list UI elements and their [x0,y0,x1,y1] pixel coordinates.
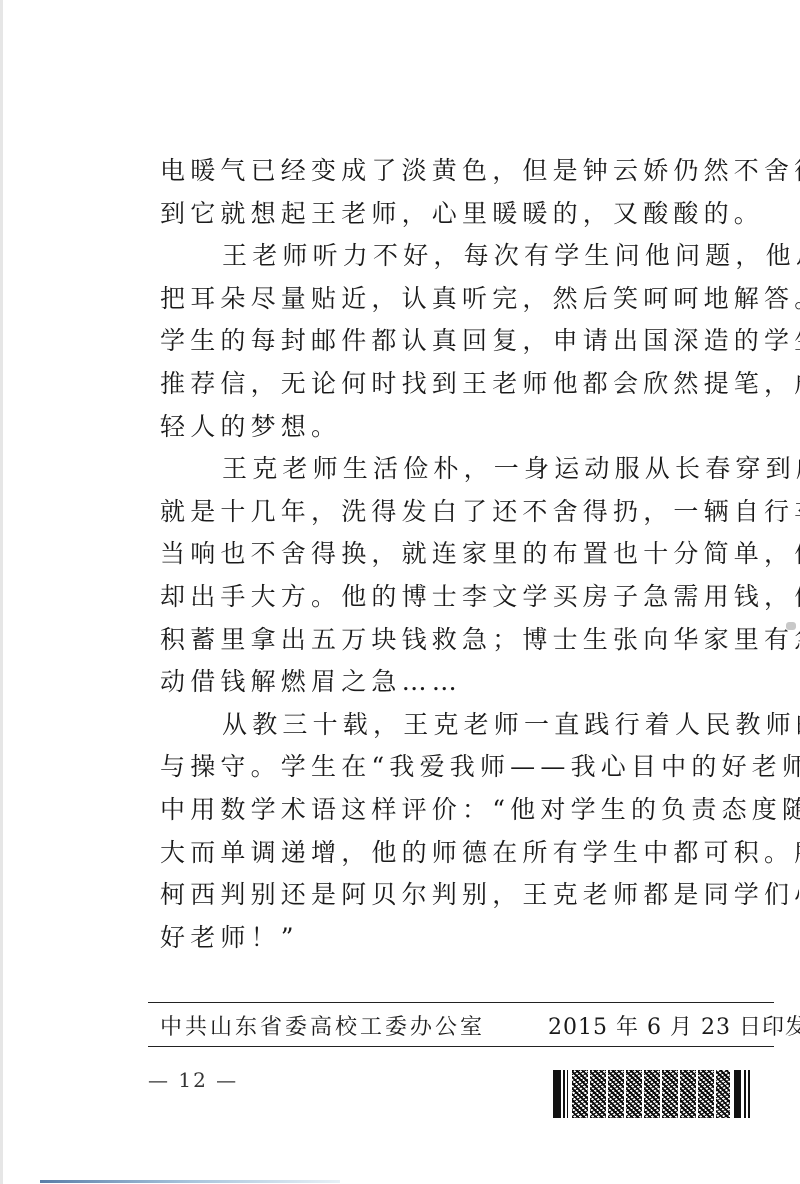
document-body: 电暖气已经变成了淡黄色，但是钟云娇仍然不舍得扔掉，看 到它就想起王老师，心里暖暖… [160,150,784,959]
text-line: 到它就想起王老师，心里暖暖的，又酸酸的。 [160,193,784,236]
paragraph: 从教三十载，王克老师一直践行着人民教师的职业理想 与操守。学生在“我爱我师——我… [160,704,784,960]
text-line: 中用数学术语这样评价：“他对学生的负责态度随着时间增 [160,789,784,832]
text-line: 大而单调递增，他的师德在所有学生中都可积。所以不论是 [160,832,784,875]
footer-print-date: 2015 年 6 月 23 日印发 [548,1010,800,1041]
paragraph: 王克老师生活俭朴，一身运动服从长春穿到威海，一穿 就是十几年，洗得发白了还不舍得… [160,448,784,704]
text-line: 动借钱解燃眉之急…… [160,661,784,704]
text-line: 与操守。学生在“我爱我师——我心目中的好老师”颁奖词 [160,746,784,789]
text-line: 电暖气已经变成了淡黄色，但是钟云娇仍然不舍得扔掉，看 [160,150,784,193]
text-line: 就是十几年，洗得发白了还不舍得扔，一辆自行车骑起来叮 [160,491,784,534]
text-line: 积蓄里拿出五万块钱救急；博士生张向华家里有急事，他主 [160,619,784,662]
text-line: 轻人的梦想。 [160,406,784,449]
barcode-icon [553,1070,753,1118]
scan-page-edge [0,0,3,1184]
page-number: — 12 — [148,1068,238,1092]
text-line: 当响也不舍得换，就连家里的布置也十分简单，但他对学生 [160,533,784,576]
text-line: 好老师！” [160,917,784,960]
text-line: 从教三十载，王克老师一直践行着人民教师的职业理想 [160,704,784,747]
footer-bottom-rule [148,1046,774,1047]
scan-bottom-edge [40,1180,340,1183]
text-line: 王克老师生活俭朴，一身运动服从长春穿到威海，一穿 [160,448,784,491]
footer-top-rule [148,1002,774,1003]
text-line: 柯西判别还是阿贝尔判别，王克老师都是同学们心中最爱的 [160,874,784,917]
text-line: 王老师听力不好，每次有学生问他问题，他总是轻轻地 [160,235,784,278]
paragraph: 王老师听力不好，每次有学生问他问题，他总是轻轻地 把耳朵尽量贴近，认真听完，然后… [160,235,784,448]
text-line: 却出手大方。他的博士李文学买房子急需用钱，他从自己的 [160,576,784,619]
text-line: 学生的每封邮件都认真回复，申请出国深造的学生需要教授 [160,320,784,363]
paragraph: 电暖气已经变成了淡黄色，但是钟云娇仍然不舍得扔掉，看 到它就想起王老师，心里暖暖… [160,150,784,235]
text-line: 把耳朵尽量贴近，认真听完，然后笑呵呵地解答。王老师对 [160,278,784,321]
text-line: 推荐信，无论何时找到王老师他都会欣然提笔，成全每个年 [160,363,784,406]
footer-issuer: 中共山东省委高校工委办公室 [160,1010,485,1041]
